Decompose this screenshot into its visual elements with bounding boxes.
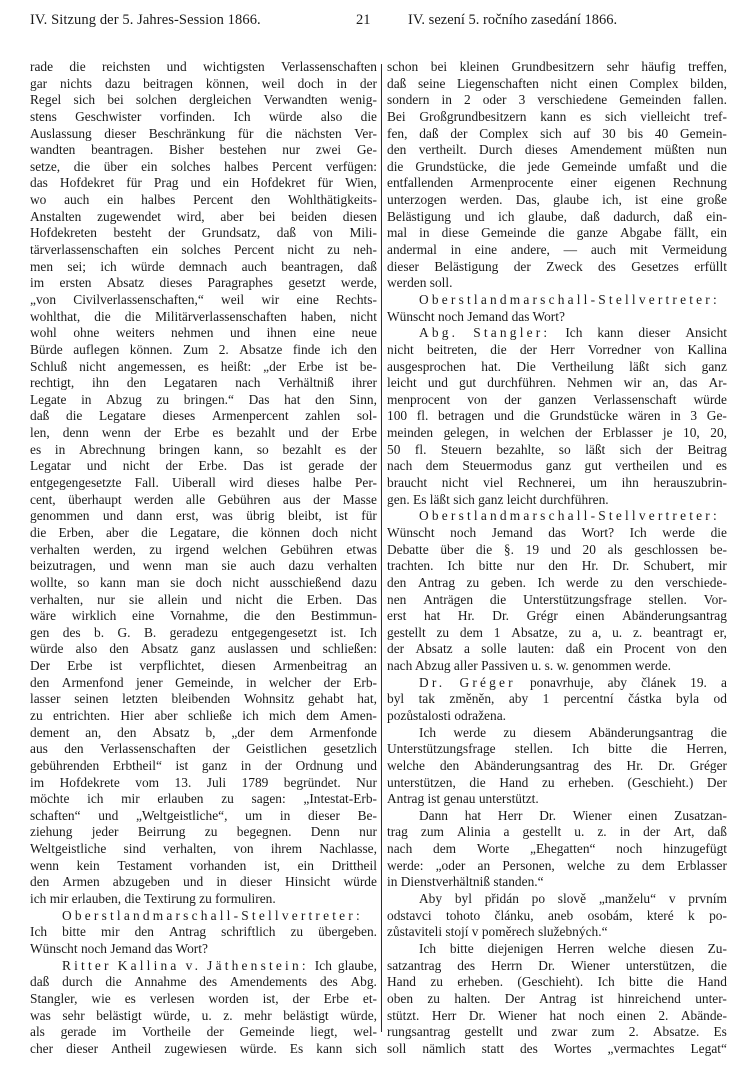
word: von — [234, 841, 254, 858]
text-line: andermalineineandere,—auchmitVermeidung — [387, 242, 727, 259]
word: doch — [298, 76, 324, 93]
word: ganz — [190, 641, 215, 658]
word: zu — [430, 974, 443, 991]
word: ein — [711, 225, 727, 242]
word: Antrag — [418, 575, 455, 592]
word: nur — [97, 592, 115, 609]
word: Gréger — [690, 758, 727, 775]
word: wenn — [102, 425, 131, 442]
word: vertheilen — [615, 458, 669, 475]
word: ihrer — [352, 375, 377, 392]
word: was — [212, 508, 233, 525]
word: gestellt — [523, 824, 562, 841]
word: die — [651, 741, 667, 758]
word: reichsten — [102, 59, 150, 76]
word: ein — [298, 858, 314, 875]
line-text: zůstaviteli stojí v poměrech služebných.… — [387, 924, 608, 939]
word: über — [440, 542, 464, 559]
word: Complex — [629, 76, 678, 93]
word: durch — [62, 974, 93, 991]
word: ist. — [330, 625, 346, 642]
word: und — [103, 508, 123, 525]
word: es — [212, 425, 223, 442]
word: Großgrundbesitzern — [419, 109, 526, 126]
word: nicht — [232, 575, 259, 592]
word: Wiener — [571, 958, 610, 975]
word: belästigt — [283, 1008, 328, 1025]
word: diesem — [533, 725, 571, 742]
word: bitte — [450, 941, 474, 958]
word: Abrechnung — [79, 442, 145, 459]
word: sehr — [607, 59, 629, 76]
word: 1 — [543, 691, 550, 708]
text-line: len,dennwennderErbeesbezahltundderErbe — [30, 425, 377, 442]
word: dem — [433, 841, 456, 858]
word: nach — [387, 458, 412, 475]
word: ausgesprochen — [387, 359, 466, 376]
word: lauten: — [518, 641, 554, 658]
word: tak — [419, 691, 435, 708]
word: Nachlasse, — [319, 841, 377, 858]
word: und — [428, 375, 448, 392]
word: ist — [176, 758, 189, 775]
word: in — [55, 442, 65, 459]
word: Beirrung — [138, 824, 186, 841]
word: Art, — [673, 824, 694, 841]
word: Verlassenschaft — [593, 392, 676, 409]
word: Bestimmun- — [311, 608, 377, 625]
word: die — [276, 592, 292, 609]
word: Stangler: — [473, 325, 550, 342]
word: daß — [30, 408, 49, 425]
word: Armenfond — [62, 675, 124, 692]
word: als — [30, 1024, 45, 1041]
word: und — [682, 458, 702, 475]
word: tohoto — [446, 908, 480, 925]
text-line: tragzumAliniaagestelltu.z.inderArt,daß — [387, 824, 727, 841]
text-line: tärverlassenschafteneinsolchesPercentnic… — [30, 242, 377, 259]
word: einen — [589, 76, 618, 93]
word: Ordnung — [296, 758, 344, 775]
word: Debatte — [387, 542, 429, 559]
word: der — [643, 824, 660, 841]
word: Ar- — [709, 375, 727, 392]
word: beizutragen, — [30, 558, 96, 575]
word: Erbtheil“ — [113, 758, 162, 775]
word: k — [688, 908, 695, 925]
word: wir — [261, 292, 279, 309]
text-line: Abybylpřidánposlově„manželu“vprvním — [387, 891, 727, 908]
word: Verlassenschaften — [100, 741, 196, 758]
page-number: 21 — [356, 12, 371, 29]
word: halbes — [224, 159, 258, 176]
word: Legate — [30, 392, 66, 409]
word: der — [520, 342, 537, 359]
word: po — [532, 891, 545, 908]
word: den — [315, 392, 334, 409]
word: und — [167, 59, 187, 76]
word: hinzugefügt — [663, 841, 727, 858]
word: werden — [134, 492, 173, 509]
word: durchführen. — [487, 375, 556, 392]
word: bis — [627, 126, 643, 143]
word: beantragen, — [281, 259, 343, 276]
word: im — [30, 775, 44, 792]
word: Kallina — [687, 342, 726, 359]
word: Erblasser — [603, 425, 653, 442]
word: Ritter — [62, 958, 112, 975]
word: als — [608, 542, 623, 559]
word: geben. — [491, 575, 526, 592]
word: Abänderungsantrag — [622, 608, 727, 625]
word: so — [77, 575, 89, 592]
word: gelegen, — [444, 425, 489, 442]
word: u. — [612, 625, 622, 642]
word: das — [548, 525, 566, 542]
word: halten. — [454, 991, 490, 1008]
text-line: stensGeschwistervorfinden.Ichwürdealsodi… — [30, 109, 377, 126]
word: dazu — [352, 575, 377, 592]
line-text: Wünscht noch Jemand das Wort? — [387, 309, 565, 324]
word: u. — [574, 824, 584, 841]
word: wenn — [143, 558, 172, 575]
speaker-line: Oberstlandmarschall-Stellvertreter: — [387, 508, 727, 525]
word: Gemeinde — [239, 1024, 294, 1041]
word: trachten. — [387, 558, 433, 575]
word: um — [245, 808, 262, 825]
word: Hand — [698, 974, 727, 991]
text-line: Debatteüberdie§.19und20alsgeschlossenbe- — [387, 542, 727, 559]
text-line: Wünscht noch Jemand das Wort? — [387, 309, 727, 326]
word: würde. — [240, 1041, 277, 1058]
word: das — [680, 375, 698, 392]
text-line: byltakzměněn,aby1percentníčástkabylaod — [387, 691, 727, 708]
word: „Weltgeistliche“, — [136, 808, 228, 825]
word: 100 — [387, 408, 407, 425]
text-line: zuentrichten.HieraberschließeichmichdemA… — [30, 708, 377, 725]
word: Das — [356, 592, 377, 609]
word: hat — [284, 392, 300, 409]
word: dem — [642, 858, 665, 875]
word: diesen — [660, 941, 694, 958]
word: erheben. — [457, 974, 503, 991]
word: in — [216, 874, 226, 891]
word: kann — [316, 1041, 342, 1058]
word: der — [212, 741, 229, 758]
word: ich — [242, 708, 258, 725]
word: ich — [331, 342, 347, 359]
word: Gemeinden — [619, 92, 681, 109]
word: in — [451, 242, 461, 259]
word: Die — [516, 359, 535, 376]
word: Abgabe — [620, 225, 662, 242]
word: des — [457, 958, 475, 975]
word: Armenbeitrag — [273, 658, 347, 675]
word: Wiener — [498, 1008, 537, 1025]
word: übrig — [246, 508, 274, 525]
word: verhalten — [327, 558, 377, 575]
word: 13. — [175, 775, 192, 792]
word: sie — [129, 592, 144, 609]
page-header: IV. Sitzung der 5. Jahres-Session 1866. … — [0, 12, 750, 32]
word: sich — [540, 126, 562, 143]
text-line: Unterstützungsfragestellen.IchbittedieHe… — [387, 741, 727, 758]
word: erheben. — [568, 775, 614, 792]
word: so — [559, 442, 571, 459]
word: Legataren — [164, 375, 218, 392]
word: die — [30, 525, 46, 542]
word: sie — [222, 558, 237, 575]
word: beantragt — [653, 625, 703, 642]
header-czech-title: IV. sezení 5. ročního zasedání 1866. — [408, 12, 617, 29]
text-line: mensei;ichwürdedemnachauchbeantragen,daß — [30, 259, 377, 276]
word: dieses — [163, 408, 196, 425]
text-line: genommenunddannerst,wasübrigbleibt,istfü… — [30, 508, 377, 525]
word: Es — [290, 1041, 303, 1058]
word: soll — [387, 1041, 406, 1058]
word: neue — [352, 325, 377, 342]
word: Herren — [557, 941, 594, 958]
word: zu — [503, 725, 516, 742]
word: bleibenden — [171, 691, 230, 708]
word: den — [135, 924, 154, 941]
word: Ansicht — [685, 325, 727, 342]
word: wären — [628, 408, 661, 425]
word: zahlen — [305, 408, 340, 425]
word: Dr. — [538, 958, 555, 975]
word: würde — [269, 109, 302, 126]
word: Der — [505, 991, 525, 1008]
text-line: unterstützen,dieHandzuerheben.(Geschieht… — [387, 775, 727, 792]
word: Wort? — [582, 525, 614, 542]
word: in — [81, 392, 91, 409]
word: zugewiesen — [164, 1041, 226, 1058]
word: změněn, — [449, 691, 494, 708]
word: den — [708, 641, 727, 658]
word: verlesen — [150, 991, 195, 1008]
word: a — [504, 824, 510, 841]
word: begegnen. — [237, 824, 292, 841]
word: schon — [387, 59, 418, 76]
word: den — [387, 142, 406, 159]
text-line: schaften“und„Weltgeistliche“,umindieserB… — [30, 808, 377, 825]
word: Amen- — [340, 708, 377, 725]
text-line: RegelsichbeisolchendergleichenVerwandten… — [30, 92, 377, 109]
word: dazu — [288, 558, 313, 575]
word: gestellt — [464, 1024, 503, 1041]
text-line: Stangler,wieesverlesenwordenist,derErbee… — [30, 991, 377, 1008]
word: Complex — [479, 126, 528, 143]
word: Legat“ — [691, 1041, 727, 1058]
word: werden, — [93, 542, 136, 559]
word: aber — [106, 525, 129, 542]
word: alle — [186, 492, 205, 509]
word: zu — [569, 625, 582, 642]
word: für — [238, 126, 254, 143]
word: Bei — [387, 109, 406, 126]
word: statt — [482, 1041, 504, 1058]
word: verhalten, — [30, 592, 83, 609]
text-line: garnichtsdazubeitragenkönnen,weildochind… — [30, 76, 377, 93]
word: der — [360, 458, 377, 475]
speaker-line: Abg.Stangler:IchkanndieserAnsicht — [387, 325, 727, 342]
text-line: dieErben,aberdieLegatare,diekönnendochni… — [30, 525, 377, 542]
word: kann — [540, 109, 566, 126]
text-line: HofdekretenbestehtderGrundsatz,daßvonMil… — [30, 225, 377, 242]
word: entgegengesetzt — [231, 625, 317, 642]
word: eine — [475, 242, 497, 259]
word: vertheilt. — [419, 142, 467, 159]
word: Masse — [343, 492, 377, 509]
word: Weltgeistliche — [30, 841, 106, 858]
word: den — [548, 558, 567, 575]
word: dem — [306, 708, 329, 725]
word: auch — [64, 192, 89, 209]
word: Wohnsitz — [244, 691, 294, 708]
word: auslassen — [228, 641, 279, 658]
word: stellen. — [515, 741, 553, 758]
word: Abänderungsantrag — [474, 758, 579, 775]
word: Vertheilung — [551, 359, 613, 376]
right-column: schonbeikleinenGrundbesitzernsehrhäufigt… — [387, 59, 727, 1057]
text-line: Schlußnichtangemessen,esheißt:„derErbeis… — [30, 359, 377, 376]
word: unterzogen — [387, 192, 447, 209]
word: Denn — [311, 824, 340, 841]
word: werde — [453, 725, 486, 742]
word: oben — [387, 991, 413, 1008]
left-column: radediereichstenundwichtigstenVerlassens… — [30, 59, 377, 1057]
word: verpflichtet, — [139, 658, 204, 675]
word: a — [721, 675, 727, 692]
word: Wiener — [573, 808, 612, 825]
word: Regel — [30, 92, 61, 109]
word: cher — [30, 1041, 53, 1058]
word: an — [364, 658, 377, 675]
word: Wohlthätigkeits- — [288, 192, 377, 209]
word: daß — [566, 641, 585, 658]
word: Ich — [565, 325, 582, 342]
text-line: dieserBelästigungderZweckdesGesetzeserfü… — [387, 259, 727, 276]
word: Schubert, — [643, 558, 694, 575]
word: aber — [155, 708, 178, 725]
header-german-title: IV. Sitzung der 5. Jahres-Session 1866. — [30, 12, 261, 29]
word: rade — [30, 59, 53, 76]
text-line: leichtundgutdurchführen.Nehmenwiran,dasA… — [387, 375, 727, 392]
word: würde, — [153, 1008, 190, 1025]
word: bleibt, — [288, 508, 322, 525]
word: které — [647, 908, 674, 925]
word: sei; — [67, 259, 86, 276]
line-text: nach Abzug aller Passiven u. s. w. genom… — [387, 658, 671, 673]
word: diesen — [222, 658, 256, 675]
text-line: Weltgeistlichesindverhalten,vonihremNach… — [30, 841, 377, 858]
word: große — [696, 192, 727, 209]
word: Erben. — [307, 592, 342, 609]
word: für — [126, 175, 142, 192]
word: den — [30, 675, 49, 692]
word: in — [419, 225, 429, 242]
word: Jemand — [492, 525, 533, 542]
word: Armenpercent — [212, 408, 289, 425]
word: Stangler, — [30, 991, 77, 1008]
column-divider — [381, 64, 382, 1032]
word: dem — [426, 458, 449, 475]
word: und — [87, 458, 107, 475]
text-line: trachten.IchbittenurdenHr.Dr.Schubert,mi… — [387, 558, 727, 575]
word: sol- — [357, 408, 377, 425]
word: aus — [30, 741, 48, 758]
word: zum — [421, 824, 444, 841]
word: gar — [30, 76, 47, 93]
word: auch — [242, 259, 267, 276]
word: dement — [30, 725, 69, 742]
text-line: welchedenAbänderungsantragdesHr.Dr.Grége… — [387, 758, 727, 775]
word: hat. — [481, 359, 501, 376]
text-line: radediereichstenundwichtigstenVerlassens… — [30, 59, 377, 76]
word: bilden, — [690, 76, 727, 93]
word: Dr. — [658, 758, 675, 775]
word: des — [598, 259, 616, 276]
word: dergleichen — [189, 92, 251, 109]
word: daß — [580, 209, 599, 226]
word: Vermeidung — [661, 242, 726, 259]
word: hat, — [357, 691, 377, 708]
word: 2. — [219, 342, 229, 359]
word: werde, — [341, 275, 377, 292]
word: wo — [30, 192, 46, 209]
word: welchen — [520, 425, 565, 442]
text-line: dasHofdekretfürPragundeinHofdekretfürWie… — [30, 175, 377, 192]
word: nicht — [287, 242, 314, 259]
word: Sinn, — [349, 392, 377, 409]
word: Verhältniß — [278, 375, 334, 392]
word: einer — [570, 175, 597, 192]
word: des — [63, 625, 81, 642]
word: Juli — [207, 775, 226, 792]
word: der — [144, 425, 161, 442]
word: Zum — [183, 342, 208, 359]
word: hinreichend — [618, 991, 681, 1008]
text-line: beizutragen,undwennmansieauchdazuverhalt… — [30, 558, 377, 575]
word: den — [634, 575, 653, 592]
word: zu — [30, 708, 43, 725]
word: ein — [596, 641, 612, 658]
word: also — [76, 641, 98, 658]
word: weiters — [116, 325, 155, 342]
word: welche — [387, 758, 425, 775]
word: der — [656, 442, 673, 459]
word: 3 — [519, 92, 526, 109]
word: „Intestat-Erb- — [303, 791, 377, 808]
word: gut — [585, 458, 602, 475]
text-line: nenAnträgendieUnterstützungsfragestellen… — [387, 592, 727, 609]
text-line: ausgesprochenhat.DieVertheilungläßtsichg… — [387, 359, 727, 376]
word: Dr. — [613, 558, 630, 575]
word: ganz — [546, 458, 571, 475]
text-line: daßdurchdieAnnahmedesAmendementsdesAbg. — [30, 974, 377, 991]
word: diesen — [343, 209, 377, 226]
word: Erblasser — [677, 858, 727, 875]
word: B. — [144, 625, 156, 642]
word: denn — [63, 425, 89, 442]
word: mehr — [244, 1008, 272, 1025]
word: hat — [424, 608, 440, 625]
word: übergeben. — [318, 924, 377, 941]
word: eine — [296, 292, 318, 309]
text-line: gen. Es läßt sich ganz leicht durchführe… — [387, 492, 727, 509]
word: Dr. — [469, 1008, 486, 1025]
word: Be- — [358, 808, 377, 825]
